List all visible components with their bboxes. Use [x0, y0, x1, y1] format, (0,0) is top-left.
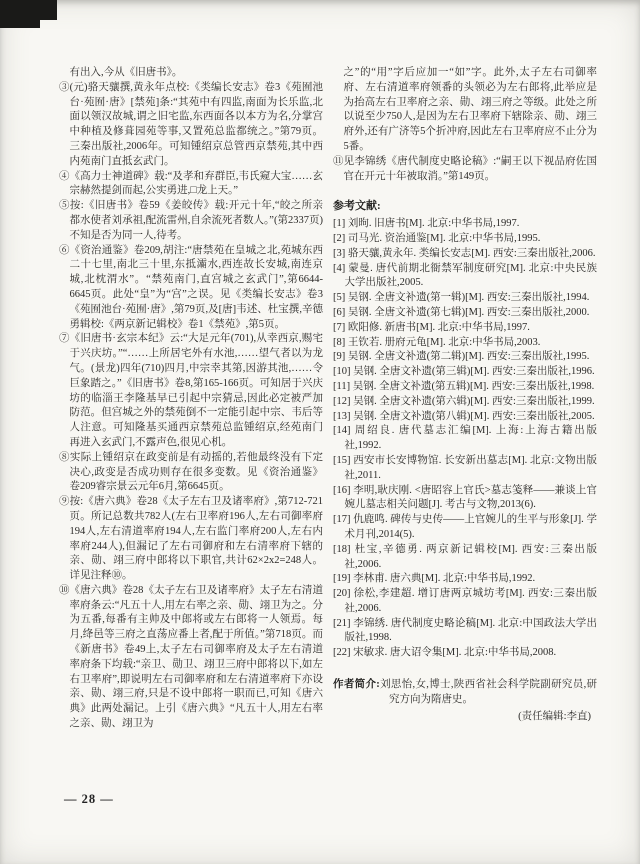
endnote-5: ⑤按:《旧唐书》卷59《姜皎传》载:开元十年,“皎之所亲都水使者刘承祖,配流雷州…: [59, 199, 323, 243]
reference-item-20: [20] 徐松,李建超. 增订唐两京城坊考[M]. 西安:三秦出版社,2006.: [333, 587, 597, 617]
endnote-10: ⑩《唐六典》卷28《太子左右卫及诸率府》太子左右清道率府条云:“凡五十人,用左右…: [59, 584, 323, 732]
reference-item-12: [12] 吴钢. 全唐文补遗(第六辑)[M]. 西安:三秦出版社,1999.: [333, 395, 597, 410]
right-column: 之”的“用”字后应加一“如”字。此外,太子左右司御率府、左右清道率府领番的头领必…: [333, 66, 597, 724]
left-column: 有出入,今从《旧唐书》。 ③(元)骆天骧撰,黄永年点校:《类编长安志》卷3《苑囿…: [59, 66, 323, 732]
carryover-line: 有出入,今从《旧唐书》。: [59, 66, 323, 81]
reference-item-16: [16] 李明,耿庆刚. <唐昭容上官氏>墓志笺释——兼谈上官婉儿墓志相关问题[…: [333, 484, 597, 514]
author-bio-label: 作者简介:: [333, 679, 380, 690]
reference-item-14: [14] 周绍良. 唐代墓志汇编[M]. 上海:上海古籍出版社,1992.: [333, 424, 597, 454]
endnote-7: ⑦《旧唐书·玄宗本纪》云:“大足元年(701),从幸西京,赐宅于兴庆坊。”“………: [59, 332, 323, 450]
endnote-10-continuation: 之”的“用”字后应加一“如”字。此外,太子左右司御率府、左右清道率府领番的头领必…: [333, 66, 597, 155]
reference-item-6: [6] 吴钢. 全唐文补遗(第七辑)[M]. 西安:三秦出版社,2000.: [333, 306, 597, 321]
reference-item-19: [19] 李林甫. 唐六典[M]. 北京:中华书局,1992.: [333, 572, 597, 587]
author-bio-text: 刘思怡,女,博士,陕西省社会科学院副研究员,研究方向为隋唐史。: [380, 679, 597, 705]
reference-item-22: [22] 宋敏求. 唐大诏令集[M]. 北京:中华书局,2008.: [333, 646, 597, 661]
endnote-6: ⑥《资治通鉴》卷209,胡注:“唐禁苑在皇城之北,苑城东西二十七里,南北三十里,…: [59, 244, 323, 333]
reference-item-17: [17] 仇鹿鸣. 碑传与史传——上官婉儿的生平与形象[J]. 学术月刊,201…: [333, 513, 597, 543]
author-bio: 作者简介:刘思怡,女,博士,陕西省社会科学院副研究员,研究方向为隋唐史。: [333, 678, 597, 708]
endnote-4: ④《高力士神道碑》载:“及孝和弃群臣,韦氏窥大宝……玄宗赫然提剑而起,公实勇进,…: [59, 170, 323, 200]
reference-item-4: [4] 蒙曼. 唐代前期北衙禁军制度研究[M]. 北京:中央民族大学出版社,20…: [333, 262, 597, 292]
editor-credit: (责任编辑:李直): [333, 710, 597, 725]
endnote-3: ③(元)骆天骧撰,黄永年点校:《类编长安志》卷3《苑囿池台·苑囿·唐》[禁苑]条…: [59, 81, 323, 170]
reference-item-13: [13] 吴钢. 全唐文补遗(第八辑)[M]. 西安:三秦出版社,2005.: [333, 410, 597, 425]
reference-item-11: [11] 吴钢. 全唐文补遗(第五辑)[M]. 西安:三秦出版社,1998.: [333, 380, 597, 395]
scanned-paper-page: 有出入,今从《旧唐书》。 ③(元)骆天骧撰,黄永年点校:《类编长安志》卷3《苑囿…: [0, 0, 640, 864]
page-number: — 28 —: [64, 792, 114, 807]
reference-item-3: [3] 骆天骧,黄永年. 类编长安志[M]. 西安:三秦出版社,2006.: [333, 247, 597, 262]
scan-corner-mark: [0, 0, 57, 20]
reference-item-2: [2] 司马光. 资治通鉴[M]. 北京:中华书局,1995.: [333, 232, 597, 247]
reference-item-7: [7] 欧阳修. 新唐书[M]. 北京:中华书局,1997.: [333, 321, 597, 336]
endnote-11: ⑪见李锦绣《唐代制度史略论稿》:“嗣王以下视品府佐国官在开元十年被取消。”第14…: [333, 155, 597, 185]
reference-item-15: [15] 西安市长安博物馆. 长安新出墓志[M]. 北京:文物出版社,2011.: [333, 454, 597, 484]
reference-item-1: [1] 刘昫. 旧唐书[M]. 北京:中华书局,1997.: [333, 217, 597, 232]
references-heading: 参考文献:: [333, 199, 597, 214]
reference-item-21: [21] 李锦绣. 唐代制度史略论稿[M]. 北京:中国政法大学出版社,1998…: [333, 617, 597, 647]
scan-corner-mark-step: [0, 18, 40, 28]
reference-item-18: [18] 杜宝,辛德勇. 两京新记辑校[M]. 西安:三秦出版社,2006.: [333, 543, 597, 573]
reference-item-5: [5] 吴钢. 全唐文补遗(第一辑)[M]. 西安:三秦出版社,1994.: [333, 291, 597, 306]
endnote-9: ⑨按:《唐六典》卷28《太子左右卫及诸率府》,第712-721页。所记总数共78…: [59, 495, 323, 584]
reference-item-9: [9] 吴钢. 全唐文补遗(第二辑)[M]. 西安:三秦出版社,1995.: [333, 350, 597, 365]
reference-item-10: [10] 吴钢. 全唐文补遗(第三辑)[M]. 西安:三秦出版社,1996.: [333, 365, 597, 380]
endnote-8: ⑧实际上锺绍京在政变前是有动摇的,若他最终没有下定决心,政变是否成功则存在很多变…: [59, 451, 323, 495]
reference-item-8: [8] 王钦若. 册府元龟[M]. 北京:中华书局,2003.: [333, 336, 597, 351]
